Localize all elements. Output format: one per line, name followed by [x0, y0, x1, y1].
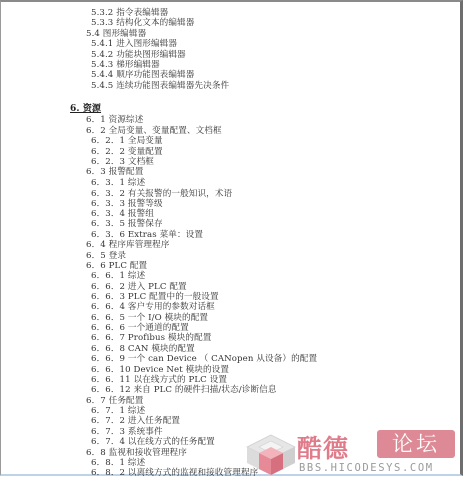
toc-entry: 6．2．3 文档框	[91, 157, 154, 167]
toc-entry: 6．7．3 系统事件	[91, 427, 163, 437]
toc-entry: 6．2．1 全局变量	[91, 136, 163, 146]
toc-entry: 6．4 程序库管理程序	[86, 240, 170, 250]
toc-entry: 6．6 PLC 配置	[86, 261, 147, 271]
toc-entry: 6．6．10 Device Net 模块的设置	[91, 365, 229, 375]
toc-entry: 6．8．1 综述	[91, 458, 145, 468]
toc-entry: 6．2 全局变量、变量配置、文档框	[86, 126, 222, 136]
toc-entry: 5.4.4 顺序功能图表编辑器	[91, 70, 194, 80]
toc-entry: 6．6．2 进入 PLC 配置	[91, 282, 187, 292]
toc-entry: 6．5 登录	[86, 251, 126, 261]
toc-entry: 6．1 资源综述	[86, 115, 143, 125]
toc-entry: 6．8 监视和接收管理程序	[86, 448, 187, 458]
toc-entry: 5.4.3 梯形编辑器	[91, 60, 160, 70]
toc-entry: 6．3 报警配置	[86, 167, 143, 177]
toc-entry: 6．6．12 来自 PLC 的硬件扫描/状态/诊断信息	[91, 385, 277, 395]
watermark-title: 酷德	[297, 429, 349, 465]
toc-entry: 6．6．7 Profibus 模块的配置	[91, 333, 211, 343]
toc-entry: 6．7．4 以在线方式的任务配置	[91, 437, 215, 447]
forum-watermark: 酷德 论坛 BBS.HICODESYS.COM	[241, 427, 461, 477]
toc-entry: 5.3.3 结构化文本的编辑器	[91, 18, 194, 28]
watermark-badge: 论坛	[377, 430, 455, 458]
toc-entry: 6．3．5 报警保存	[91, 219, 163, 229]
toc-entry: 6．6．6 一个通道的配置	[91, 323, 189, 333]
toc-entry: 5.4 图形编辑器	[86, 29, 146, 39]
toc-entry: 6．3．1 综述	[91, 178, 145, 188]
toc-entry: 6．2．2 变量配置	[91, 147, 163, 157]
toc-entry: 6．7．2 进入任务配置	[91, 416, 180, 426]
document-page: 5.3.2 指令表编辑器5.3.3 结构化文本的编辑器5.4 图形编辑器5.4.…	[0, 0, 463, 476]
section-heading: 6. 资源	[70, 104, 101, 114]
toc-entry: 6．6．3 PLC 配置中的一般设置	[91, 292, 219, 302]
toc-entry: 6．3．2 有关报警的一般知识，术语	[91, 189, 232, 199]
toc-entry: 6．6．11 以在线方式的 PLC 设置	[91, 375, 227, 385]
toc-entry: 6．6．4 客户专用的参数对话框	[91, 302, 215, 312]
toc-entry: 6．3．6 Extras 菜单：设置	[91, 230, 203, 240]
toc-entry: 6．6．8 CAN 模块的配置	[91, 344, 195, 354]
toc-entry: 6．3．4 报警组	[91, 209, 154, 219]
toc-entry: 6．6．9 一个 can Device （ CANopen 从设备）的配置	[91, 354, 317, 364]
toc-entry: 5.4.1 进入图形编辑器	[91, 39, 177, 49]
toc-entry: 6．8．2 以离线方式的监视和接收管理程序	[91, 468, 258, 478]
toc-entry: 5.4.5 连续功能图表编辑器先决条件	[91, 81, 229, 91]
cube-logo-icon	[245, 433, 297, 477]
toc-entry: 6．7 任务配置	[86, 396, 143, 406]
toc-entry: 6．7．1 综述	[91, 406, 145, 416]
toc-entry: 6．6．5 一个 I/O 模块的配置	[91, 313, 208, 323]
toc-entry: 6．3．3 报警等级	[91, 199, 163, 209]
toc-entry: 5.3.2 指令表编辑器	[91, 8, 168, 18]
toc-entry: 6．6．1 综述	[91, 271, 145, 281]
watermark-url: BBS.HICODESYS.COM	[299, 462, 434, 474]
toc-entry: 5.4.2 功能块图形编辑器	[91, 50, 186, 60]
